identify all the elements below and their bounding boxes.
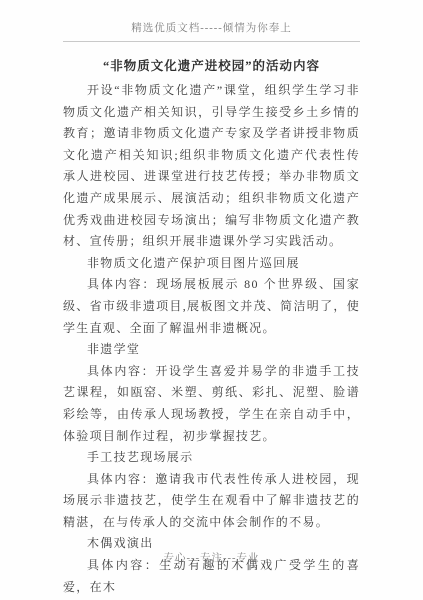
section-heading: 非遗学堂	[63, 339, 360, 361]
page-footer-watermark: 专心---专注---专业	[63, 550, 360, 565]
section-heading: 非物质文化遗产保护项目图片巡回展	[63, 253, 360, 275]
section-heading: 手工技艺现场展示	[63, 447, 360, 469]
document-title: “非物质文化遗产进校园”的活动内容	[40, 56, 383, 74]
paragraph: 具体内容：开设学生喜爱并易学的非遗手工技艺课程，如瓯窑、米塑、剪纸、彩扎、泥塑、…	[63, 361, 360, 447]
document-page: 精选优质文档-----倾情为你奉上 “非物质文化遗产进校园”的活动内容 开设“非…	[0, 0, 423, 600]
paragraph: 具体内容：现场展板展示 80 个世界级、国家级、省市级非遗项目,展板图文并茂、简…	[63, 274, 360, 339]
paragraph: 开设“非物质文化遗产”课堂，组织学生学习非物质文化遗产相关知识，引导学生接受乡土…	[63, 80, 360, 253]
page-header-watermark: 精选优质文档-----倾情为你奉上	[63, 20, 360, 42]
paragraph: 具体内容：邀请我市代表性传承人进校园，现场展示非遗技艺，使学生在观看中了解非遗技…	[63, 469, 360, 534]
document-body: 开设“非物质文化遗产”课堂，组织学生学习非物质文化遗产相关知识，引导学生接受乡土…	[63, 80, 360, 598]
